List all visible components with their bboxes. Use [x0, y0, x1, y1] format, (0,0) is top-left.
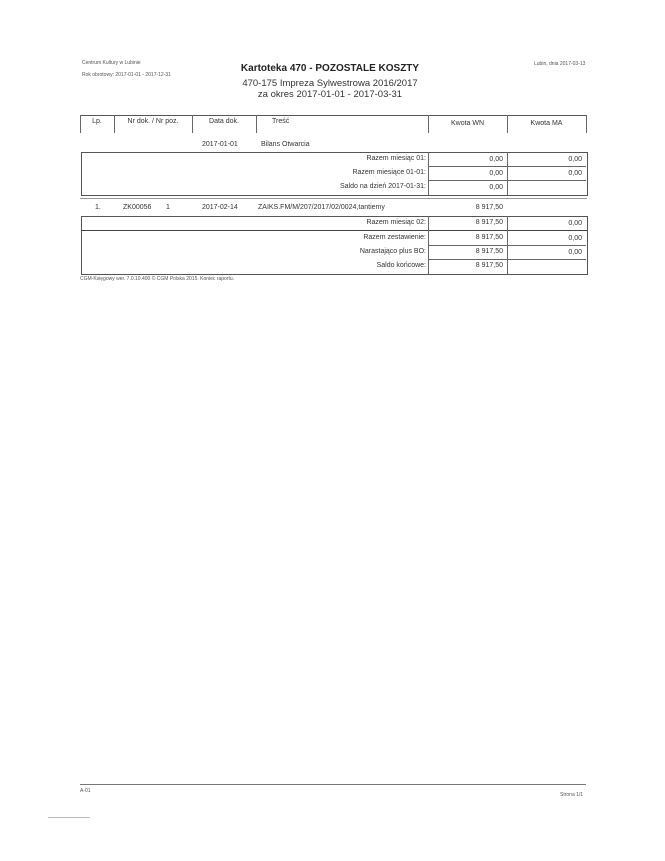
divider [81, 230, 587, 231]
summary-ma: 0,00 [509, 156, 582, 163]
scan-mark [48, 817, 90, 818]
col-date: Data dok. [192, 118, 256, 125]
divider [586, 115, 587, 133]
row-pos: 1 [166, 204, 170, 211]
summary-wn: 0,00 [430, 170, 503, 177]
row-date: 2017-02-14 [202, 204, 238, 211]
divider [256, 115, 257, 133]
divider [428, 166, 586, 167]
page-number: Strona 1/1 [560, 792, 583, 798]
summary-label: Saldo końcowe: [250, 262, 426, 269]
col-description: Treść [272, 118, 289, 125]
row-doc: ZK00056 [123, 204, 151, 211]
col-ma: Kwota MA [507, 120, 586, 127]
summary-ma: 0,00 [509, 249, 582, 256]
row-wn: 8 917,50 [430, 204, 503, 211]
software-note: CGM-Księgowy wer. 7.0.10.400 © CGM Polsk… [80, 276, 234, 282]
summary-wn: 8 917,50 [430, 234, 503, 241]
footer-rule [80, 784, 586, 785]
summary-label: Razem miesiąc 01: [250, 155, 426, 162]
row-lp: 1. [95, 204, 101, 211]
col-doc: Nr dok. / Nr poz. [114, 118, 192, 125]
row-description: ZAIKS.FM/M/207/2017/02/0024,tantiemy [258, 204, 385, 211]
summary-ma: 0,00 [509, 235, 582, 242]
divider [428, 259, 586, 260]
fiscal-year: Rok obrotowy: 2017-01-01 - 2017-12-31 [82, 72, 171, 78]
col-lp: Lp. [80, 118, 114, 125]
summary-ma: 0,00 [509, 220, 582, 227]
summary-label: Razem zestawienie: [250, 234, 426, 241]
divider [428, 152, 429, 195]
summary-ma: 0,00 [509, 170, 582, 177]
divider [428, 245, 586, 246]
summary-wn: 8 917,50 [430, 219, 503, 226]
divider [428, 180, 586, 181]
summary-wn: 0,00 [430, 184, 503, 191]
organization-name: Centrum Kultury w Lubinie [82, 60, 141, 66]
summary-label: Narastająco plus BO: [250, 248, 426, 255]
report-code: A-01 [80, 788, 91, 794]
col-wn: Kwota WN [428, 120, 507, 127]
summary-wn: 0,00 [430, 156, 503, 163]
divider [507, 152, 508, 195]
place-date: Lubin, dnia 2017-03-13 [534, 61, 585, 67]
summary-label: Razem miesiąc 02: [250, 219, 426, 226]
summary-label: Saldo na dzień 2017-01-31: [250, 183, 426, 190]
summary-wn: 8 917,50 [430, 248, 503, 255]
summary-label: Razem miesiące 01-01: [250, 169, 426, 176]
account-name: 470-175 Impreza Sylwestrowa 2016/2017 [230, 78, 430, 89]
opening-description: Bilans Otwarcia [261, 141, 310, 148]
summary-wn: 8 917,50 [430, 262, 503, 269]
opening-date: 2017-01-01 [202, 141, 238, 148]
divider [80, 198, 587, 199]
report-title: Kartoteka 470 - POZOSTALE KOSZTY [230, 63, 430, 74]
report-period: za okres 2017-01-01 - 2017-03-31 [230, 89, 430, 100]
